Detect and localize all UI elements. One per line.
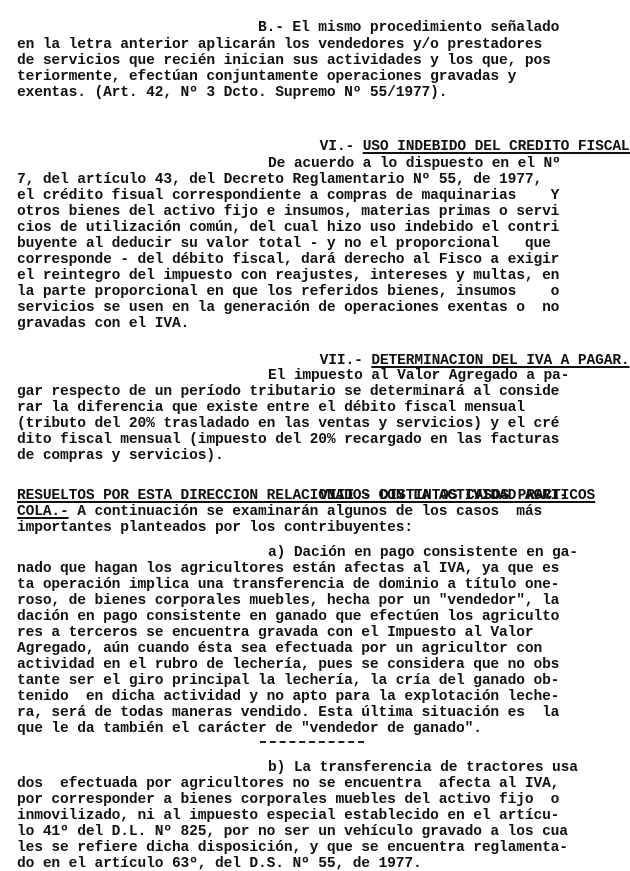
paragraph-line: 7, del artículo 43, del Decreto Reglamen…: [17, 172, 542, 188]
paragraph-line: rar la diferencia que existe entre el dé…: [17, 400, 525, 416]
paragraph-line: inmovilizado, ni al impuesto especial es…: [17, 808, 559, 824]
paragraph-line: Agregado, aún cuando ésta sea efectuada …: [17, 641, 542, 657]
paragraph-line: nado que hagan los agricultores están af…: [17, 561, 559, 577]
paragraph-line: b) La transferencia de tractores usa: [268, 760, 578, 776]
paragraph-line: otros bienes del activo fijo e insumos, …: [17, 204, 559, 220]
dashed-separator: [260, 741, 364, 743]
paragraph-line: les se refiere dicha disposición, y que …: [17, 840, 568, 856]
paragraph-line: do en el artículo 63º, del D.S. Nº 55, d…: [17, 856, 422, 871]
paragraph-line: (tributo del 20% trasladado en las venta…: [17, 416, 559, 432]
section-title: DETERMINACION DEL IVA A PAGAR.: [371, 353, 629, 369]
paragraph-line: tante ser el giro principal la lechería,…: [17, 673, 559, 689]
paragraph-line: importantes planteados por los contribuy…: [17, 520, 413, 536]
paragraph-line: de servicios que recién inician sus acti…: [17, 53, 551, 69]
section-number: VI.-: [320, 139, 354, 155]
paragraph-line: roso, de bienes corporales muebles, hech…: [17, 593, 559, 609]
paragraph-line: exentas. (Art. 42, Nº 3 Dcto. Supremo Nº…: [17, 85, 447, 101]
paragraph-line: dos efectuada por agricultores no se enc…: [17, 776, 559, 792]
section-number: VII.-: [320, 353, 363, 369]
section-title-end: COLA.-: [17, 504, 69, 520]
paragraph-line: cios de utilización común, del cual hizo…: [17, 220, 559, 236]
section-title: USO INDEBIDO DEL CREDITO FISCAL.: [363, 139, 630, 155]
paragraph-line: el reintegro del impuesto con reajustes,…: [17, 268, 559, 284]
paragraph-line: corresponde - del débito fiscal, dará de…: [17, 252, 559, 268]
paragraph-line: teriormente, efectúan conjuntamente oper…: [17, 69, 516, 85]
paragraph-line: tenido en dicha actividad y no apto para…: [17, 689, 559, 705]
paragraph-line: ta operación implica una transferencia d…: [17, 577, 559, 593]
paragraph-line: gravadas con el IVA.: [17, 316, 189, 332]
paragraph-line: en la letra anterior aplicarán los vende…: [17, 37, 542, 53]
paragraph-line: ra, será de todas maneras vendido. Esta …: [17, 705, 559, 721]
paragraph-line: servicios se usen en la generación de op…: [17, 300, 559, 316]
paragraph-line: que le da también el carácter de "vended…: [17, 721, 482, 737]
paragraph-line: buyente al deducir su valor total - y no…: [17, 236, 551, 252]
paragraph-line: gar respecto de un período tributario se…: [17, 384, 559, 400]
paragraph-line: actividad en el rubro de lechería, pues …: [17, 657, 559, 673]
paragraph-line: por corresponder a bienes corporales mue…: [17, 792, 559, 808]
paragraph-line: a) Dación en pago consistente en ga-: [268, 545, 578, 561]
paragraph-line: COLA.- A continuación se examinarán algu…: [17, 504, 542, 520]
section-title-continued: RESUELTOS POR ESTA DIRECCION RELACIONADO…: [17, 488, 568, 504]
paragraph-line: dito fiscal mensual (impuesto del 20% re…: [17, 432, 559, 448]
intro-text: A continuación se examinarán algunos de …: [69, 504, 542, 520]
paragraph-line: B.- El mismo procedimiento señalado: [258, 20, 559, 36]
paragraph-line: De acuerdo a lo dispuesto en el Nº: [268, 156, 561, 172]
paragraph-line: lo 41º del D.L. Nº 825, por no ser un ve…: [17, 824, 568, 840]
paragraph-line: la parte proporcional en que los referid…: [17, 284, 559, 300]
paragraph-line: El impuesto al Valor Agregado a pa-: [268, 368, 569, 384]
paragraph-line: dación en pago consistente en ganado que…: [17, 609, 559, 625]
paragraph-line: de compras y servicios).: [17, 448, 224, 464]
paragraph-line: res a terceros se encuentra gravada con …: [17, 625, 533, 641]
paragraph-line: el crédito fisual correspondiente a comp…: [17, 188, 559, 204]
